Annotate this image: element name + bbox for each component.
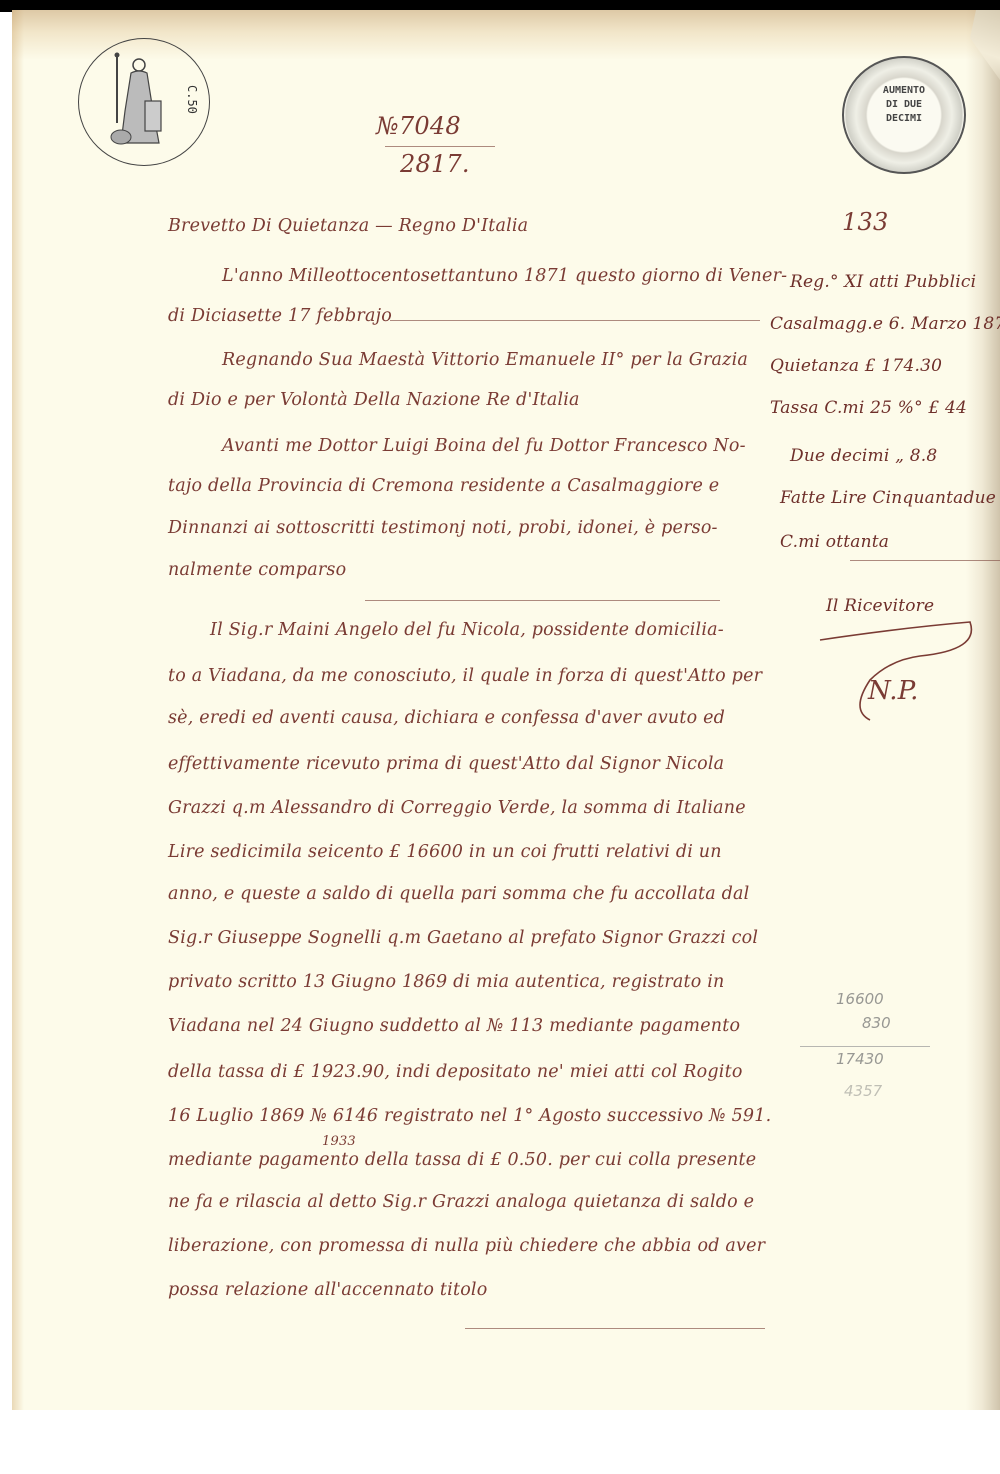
body-line: privato scritto 13 Giugno 1869 di mia au…: [168, 972, 725, 992]
stamp-value: C.50: [185, 85, 199, 114]
margin-note: Quietanza £ 174.30: [770, 356, 942, 376]
body-line: sè, eredi ed aventi causa, dichiara e co…: [168, 708, 725, 728]
surcharge-stamp: AUMENTO DI DUE DECIMI: [842, 56, 966, 174]
title-line: Brevetto Di Quietanza — Regno D'Italia: [168, 216, 528, 236]
body-line: to a Viadana, da me conosciuto, il quale…: [168, 666, 762, 686]
body-line: Sig.r Giuseppe Sognelli q.m Gaetano al p…: [168, 928, 758, 948]
divider: [850, 560, 1000, 561]
margin-note: Due decimi „ 8.8: [790, 446, 937, 466]
body-line: anno, e queste a saldo di quella pari so…: [168, 884, 749, 904]
body-line: possa relazione all'accennato titolo: [168, 1280, 487, 1300]
body-line: di Dio e per Volontà Della Nazione Re d'…: [168, 390, 580, 410]
body-line: ne fa e rilascia al detto Sig.r Grazzi a…: [168, 1192, 754, 1212]
body-line: liberazione, con promessa di nulla più c…: [168, 1236, 765, 1256]
margin-number: 133: [842, 208, 888, 236]
divider: [365, 600, 720, 601]
body-line: effettivamente ricevuto prima di quest'A…: [168, 754, 724, 774]
pencil-figure: 830: [862, 1014, 891, 1032]
rogito-denominator: 1933: [322, 1134, 356, 1149]
signature-flourish-icon: [810, 610, 990, 730]
body-line: Il Sig.r Maini Angelo del fu Nicola, pos…: [210, 620, 724, 640]
divider: [465, 1328, 765, 1329]
notary-signature: N.P.: [868, 676, 919, 706]
pencil-figure: 17430: [836, 1050, 884, 1068]
pencil-figure: 4357: [844, 1082, 882, 1100]
stamp-line: AUMENTO: [872, 84, 936, 98]
stamp-line: DECIMI: [872, 112, 936, 126]
pencil-divider: [800, 1046, 930, 1047]
body-line: di Diciasette 17 febbrajo: [168, 306, 392, 326]
divider: [385, 146, 495, 147]
body-line: Avanti me Dottor Luigi Boina del fu Dott…: [222, 436, 746, 456]
margin-note: Reg.° XI atti Pubblici: [790, 272, 976, 292]
body-line: Regnando Sua Maestà Vittorio Emanuele II…: [222, 350, 748, 370]
margin-note: C.mi ottanta: [780, 532, 889, 552]
body-line: Grazzi q.m Alessandro di Correggio Verde…: [168, 798, 746, 818]
body-line: tajo della Provincia di Cremona resident…: [168, 476, 719, 496]
italia-figure-icon: [109, 51, 167, 151]
body-line: 16 Luglio 1869 № 6146 registrato nel 1° …: [168, 1106, 771, 1126]
body-line: nalmente comparso: [168, 560, 346, 580]
body-line: Dinnanzi ai sottoscritti testimonj noti,…: [168, 518, 718, 538]
body-line: Viadana nel 24 Giugno suddetto al № 113 …: [168, 1016, 740, 1036]
stamp-line: DI DUE: [872, 98, 936, 112]
pencil-figure: 16600: [836, 990, 884, 1008]
document-number: №7048: [376, 112, 461, 140]
margin-note: Fatte Lire Cinquantadue: [780, 488, 996, 508]
body-line: Lire sedicimila seicento £ 16600 in un c…: [168, 842, 722, 862]
body-line: della tassa di £ 1923.90, indi depositat…: [168, 1062, 743, 1082]
tax-stamp: C.50: [78, 38, 210, 166]
body-line: L'anno Milleottocentosettantuno 1871 que…: [222, 266, 787, 286]
divider: [390, 320, 760, 321]
body-line: mediante pagamento della tassa di £ 0.50…: [168, 1150, 756, 1170]
margin-note: Tassa C.mi 25 %° £ 44: [770, 398, 967, 418]
sub-number: 2817.: [400, 150, 470, 178]
margin-note: Casalmagg.e 6. Marzo 1871: [770, 314, 1000, 334]
